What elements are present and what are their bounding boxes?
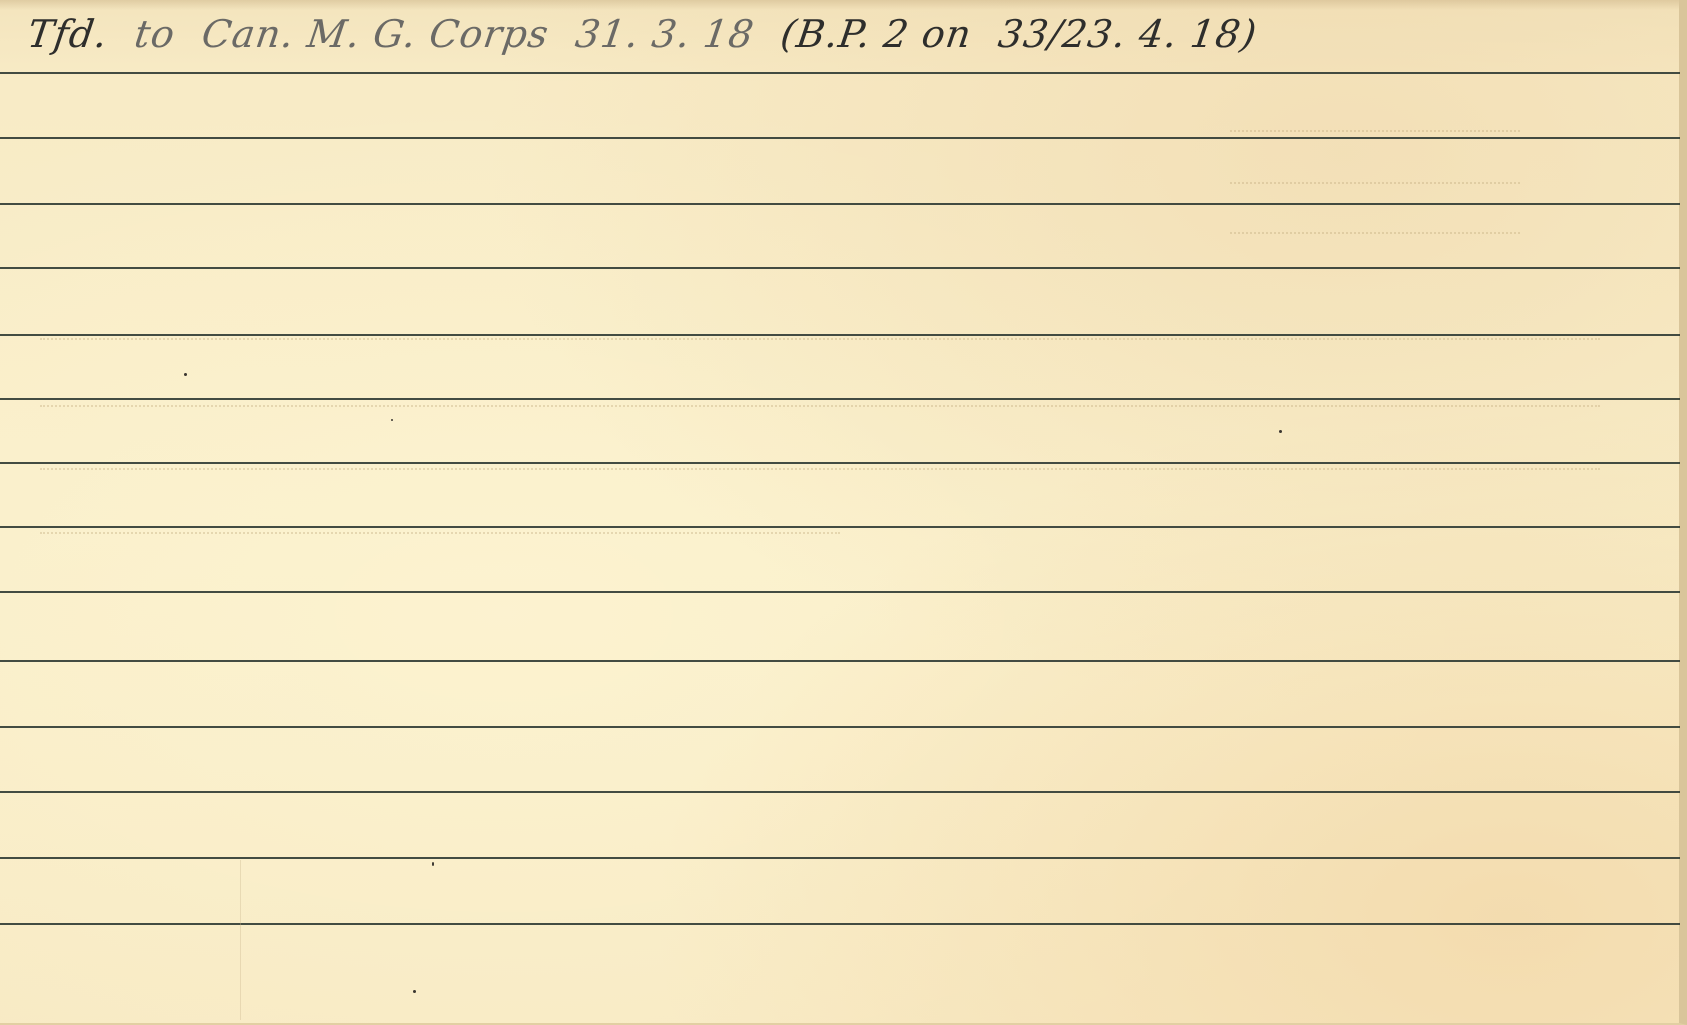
- ruled-line-10: [0, 660, 1680, 662]
- reference-prefix: (B.P. 2 on: [778, 12, 975, 56]
- show-through-dots: [1230, 232, 1520, 235]
- ruled-line-7: [0, 462, 1680, 464]
- unit-name: Can. M. G. Corps: [199, 12, 552, 56]
- ruled-line-2: [0, 137, 1680, 139]
- transfer-date: 31. 3. 18: [573, 12, 757, 56]
- transfer-label: Tfd.: [25, 12, 111, 56]
- ink-speck: [1279, 430, 1282, 433]
- ink-speck: [184, 373, 187, 376]
- show-through-dots: [40, 405, 1600, 408]
- ruled-line-12: [0, 791, 1680, 793]
- ruled-line-4: [0, 267, 1680, 269]
- ink-speck: [432, 862, 434, 866]
- ruled-line-13: [0, 857, 1680, 859]
- ruled-line-9: [0, 591, 1680, 593]
- show-through-dots: [40, 532, 840, 535]
- ruled-line-11: [0, 726, 1680, 728]
- ruled-line-5: [0, 334, 1680, 336]
- ruled-line-14: [0, 923, 1680, 925]
- ruled-line-8: [0, 526, 1680, 528]
- show-through-dots: [1230, 182, 1520, 185]
- ink-speck: [391, 419, 393, 421]
- ruled-line-3: [0, 203, 1680, 205]
- to-word: to: [132, 12, 178, 56]
- crease: [240, 860, 241, 1020]
- record-card: Tfd. to Can. M. G. Corps 31. 3. 18 (B.P.…: [0, 0, 1687, 1025]
- ruled-line-6: [0, 398, 1680, 400]
- handwritten-entry: Tfd. to Can. M. G. Corps 31. 3. 18 (B.P.…: [25, 12, 1274, 56]
- ink-speck: [413, 990, 416, 993]
- reference-number: 33/23. 4. 18): [996, 12, 1260, 56]
- show-through-dots: [40, 338, 1600, 341]
- ruled-line-1: [0, 72, 1680, 74]
- show-through-dots: [1230, 130, 1520, 133]
- show-through-dots: [40, 468, 1600, 471]
